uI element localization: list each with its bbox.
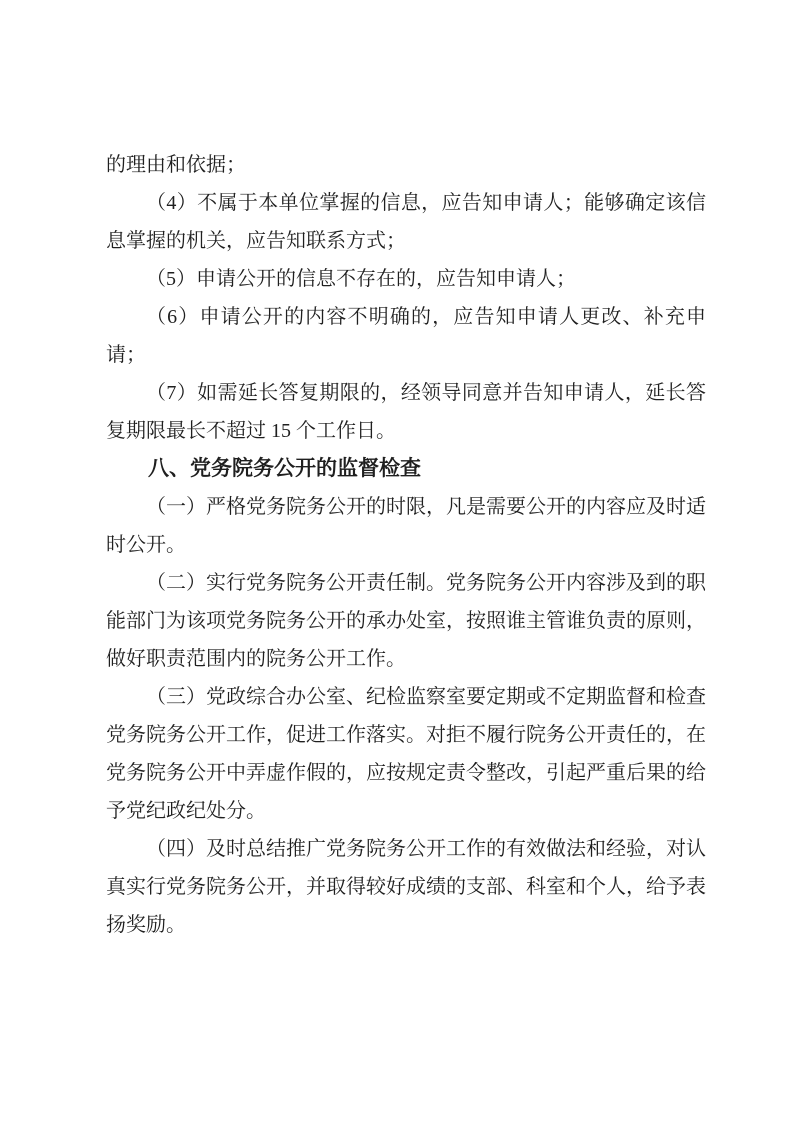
body-paragraph: （7）如需延长答复期限的，经领导同意并告知申请人，延长答复期限最长不超过 15 … — [106, 374, 706, 450]
body-paragraph: （三）党政综合办公室、纪检监察室要定期或不定期监督和检查党务院务公开工作，促进工… — [106, 678, 706, 830]
body-paragraph: （四）及时总结推广党务院务公开工作的有效做法和经验，对认真实行党务院务公开，并取… — [106, 830, 706, 944]
body-paragraph: （5）申请公开的信息不存在的，应告知申请人； — [106, 260, 706, 298]
body-paragraph: （4）不属于本单位掌握的信息，应告知申请人；能够确定该信息掌握的机关，应告知联系… — [106, 184, 706, 260]
document-page: 的理由和依据；（4）不属于本单位掌握的信息，应告知申请人；能够确定该信息掌握的机… — [0, 0, 794, 1123]
body-paragraph: （二）实行党务院务公开责任制。党务院务公开内容涉及到的职能部门为该项党务院务公开… — [106, 564, 706, 678]
section-heading: 八、党务院务公开的监督检查 — [106, 450, 706, 488]
body-paragraph: （一）严格党务院务公开的时限，凡是需要公开的内容应及时适时公开。 — [106, 488, 706, 564]
document-text-block: 的理由和依据；（4）不属于本单位掌握的信息，应告知申请人；能够确定该信息掌握的机… — [106, 146, 706, 944]
body-paragraph: 的理由和依据； — [106, 146, 706, 184]
body-paragraph: （6）申请公开的内容不明确的，应告知申请人更改、补充申请； — [106, 298, 706, 374]
